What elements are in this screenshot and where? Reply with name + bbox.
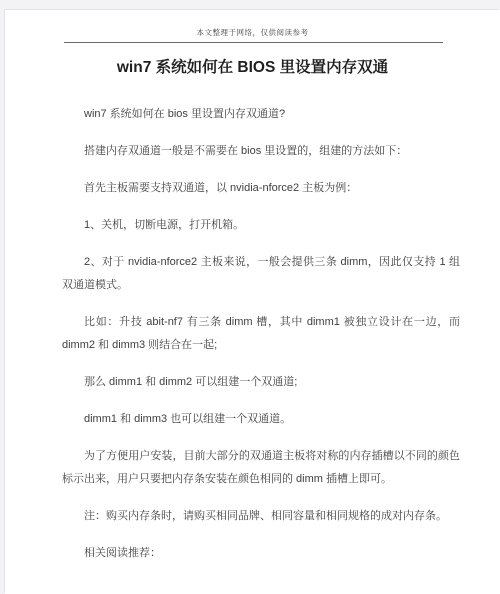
paragraph: 首先主板需要支持双通道，以 nvidia-nforce2 主板为例： [62, 177, 460, 200]
paragraph: 2、对于 nvidia-nforce2 主板来说，一般会提供三条 dimm，因此… [62, 251, 460, 297]
paragraph: 比如：升技 abit-nf7 有三条 dimm 槽，其中 dimm1 被独立设计… [62, 311, 460, 357]
doc-body: win7 系统如何在 bios 里设置内存双通道? 搭建内存双通道一般是不需要在… [5, 103, 500, 565]
viewer-background: { "doc": { "note": "本文整理于网络，仅供阅读参考", "ti… [0, 0, 500, 594]
paragraph: 搭建内存双通道一般是不需要在 bios 里设置的，组建的方法如下： [62, 140, 460, 163]
paragraph: 1、关机，切断电源，打开机箱。 [62, 214, 460, 237]
paragraph: 注：购买内存条时，请购买相同品牌、相同容量和相同规格的成对内存条。 [62, 505, 460, 528]
document-page: 本文整理于网络，仅供阅读参考 win7 系统如何在 BIOS 里设置内存双通 w… [5, 10, 500, 594]
doc-title: win7 系统如何在 BIOS 里设置内存双通 [25, 56, 480, 80]
paragraph: 相关阅读推荐： [62, 542, 460, 565]
paragraph: 为了方便用户安装，目前大部分的双通道主板将对称的内存插槽以不同的颜色标示出来，用… [62, 445, 460, 491]
paragraph: dimm1 和 dimm3 也可以组建一个双通道。 [62, 408, 460, 431]
header-divider [64, 42, 443, 43]
paragraph: 那么 dimm1 和 dimm2 可以组建一个双通道; [62, 371, 460, 394]
paragraph: win7 系统如何在 bios 里设置内存双通道? [62, 103, 460, 126]
doc-source-note: 本文整理于网络，仅供阅读参考 [5, 10, 500, 38]
